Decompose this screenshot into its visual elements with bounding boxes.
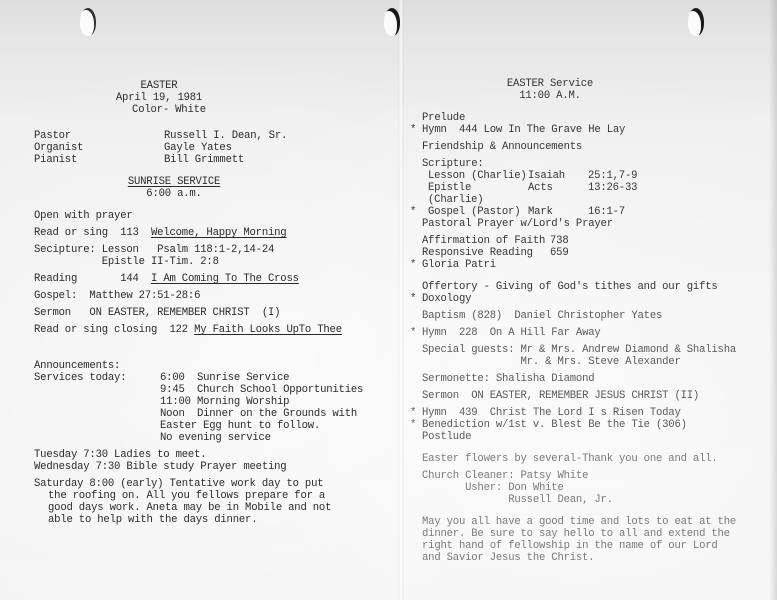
scripture-epistle: II-Tim. 2:8 [151,256,219,268]
stand-marker-icon: * [410,259,416,271]
responsive-label: Responsive Reading [422,247,550,259]
order-benediction: *Benediction w/1st v. Blest Be the Tie (… [422,419,760,431]
note-usher-cont: Russell Dean, Jr. [422,494,760,506]
order-item: Read or sing 113 Welcome, Happy Morning [34,227,374,239]
role-name: Bill Grimmett [164,154,374,166]
order-item: Sermon ON EASTER, REMEMBER CHRIST (I) [34,307,374,319]
hymn-text: Hymn 439 Christ The Lord I s Risen Today [422,407,681,419]
scripture-reader: Gospel (Pastor) [428,206,528,218]
order-sermonette: Sermonette: Shalisha Diamond [422,373,760,385]
liturgical-color: Color- White [34,104,284,116]
role-label: Pastor [34,130,164,142]
scripture-row: Lesson (Charlie) Isaiah 25:1,7-9 [422,170,760,182]
announcement-tuesday: Tuesday 7:30 Ladies to meet. [34,449,374,461]
special-guests-cont: Mr. & Mrs. Steve Alexander [422,356,760,368]
scripture-epistle-label: Epistle [34,256,151,268]
scripture-ref: 13:26-33 [588,182,760,206]
order-sermon: Sermon ON EASTER, REMEMBER JESUS CHRIST … [422,390,760,402]
scripture-ref: 25:1,7-9 [588,170,760,182]
special-guests: Special guests: Mr & Mrs. Andrew Diamond… [422,344,760,356]
service-item: 9:45 Church School Opportunities [160,384,374,396]
service-item: Noon Dinner on the Grounds with [160,408,374,420]
sunrise-time: 6:00 a.m. [34,188,314,200]
order-baptism: Baptism (828) Daniel Christopher Yates [422,310,760,322]
punch-hole [384,8,400,36]
order-hymn: *Hymn 444 Low In The Grave He Lay [422,124,760,136]
left-page: EASTER April 19, 1981 Color- White Pasto… [34,80,374,526]
page-edge-shadow [769,0,777,600]
scripture-book: Acts [528,182,588,206]
scripture-reader: Epistle (Charlie) [428,182,528,206]
announcement-wednesday: Wednesday 7:30 Bible study Prayer meetin… [34,461,374,473]
affirmation-label: Affirmation of Faith [422,235,550,247]
order-doxology: *Doxology [422,293,760,305]
scripture-row: Epistle (Charlie) Acts 13:26-33 [422,182,760,206]
worship-order: Prelude *Hymn 444 Low In The Grave He La… [410,112,760,564]
stand-marker-icon: * [410,419,416,431]
doxology-text: Doxology [422,293,471,305]
order-item: Epistle II-Tim. 2:8 [34,256,374,268]
order-friendship: Friendship & Announcements [422,141,760,153]
order-offertory: Offertory - Giving of God's tithes and o… [422,281,760,293]
punch-hole [80,8,96,36]
service-title: EASTER Service [410,78,690,90]
center-fold [398,0,404,600]
services-list: 6:00 Sunrise Service 9:45 Church School … [160,372,374,444]
note-flowers: Easter flowers by several-Thank you one … [422,453,760,465]
affirmation-number: 738 [550,235,760,247]
closing-title: My Faith Looks UpTo Thee [194,324,342,336]
service-item: No evening service [160,432,374,444]
closing-label: Read or sing closing 122 [34,324,194,336]
gloria-text: Gloria Patri [422,259,496,271]
sunrise-title: SUNRISE SERVICE [34,176,314,188]
role-name: Russell I. Dean, Sr. [164,130,374,142]
stand-marker-icon: * [410,124,416,136]
scripture-reader: Lesson (Charlie) [428,170,528,182]
order-hymn: *Hymn 439 Christ The Lord I s Risen Toda… [422,407,760,419]
scripture-row: * Gospel (Pastor) Mark 16:1-7 [422,206,760,218]
order-hymn: *Hymn 228 On A Hill Far Away [422,327,760,339]
reading-label: Reading 144 [34,273,151,285]
hymn-label: Read or sing 113 [34,227,151,239]
staff-list: Pastor Russell I. Dean, Sr. Organist Gay… [34,130,374,166]
stand-marker-icon: * [410,293,416,305]
stand-marker-icon: * [410,327,416,339]
order-responsive-reading: Responsive Reading 659 [422,247,760,259]
stand-marker-icon: * [410,206,416,218]
hymn-text: Hymn 444 Low In The Grave He Lay [422,124,625,136]
order-item: Open with prayer [34,210,374,222]
sunrise-order: Open with prayer Read or sing 113 Welcom… [34,210,374,336]
benediction-text: Benediction w/1st v. Blest Be the Tie (3… [422,419,687,431]
service-date: April 19, 1981 [34,92,284,104]
scripture-book: Mark [528,206,588,218]
order-pastoral-prayer: Pastoral Prayer w/Lord's Prayer [422,218,760,230]
scripture-ref: 16:1-7 [588,206,760,218]
announcements-heading: Announcements: [34,360,374,372]
service-item: 6:00 Sunrise Service [160,372,374,384]
order-item: Gospel: Matthew 27:51-28:6 [34,290,374,302]
scripture-heading: Scripture: [422,158,760,170]
role-label: Organist [34,142,164,154]
services-label: Services today: [34,372,160,444]
scripture-book: Isaiah [528,170,588,182]
services-today: Services today: 6:00 Sunrise Service 9:4… [34,372,374,444]
role-label: Pianist [34,154,164,166]
hymn-title: Welcome, Happy Morning [151,227,286,239]
order-affirmation: Affirmation of Faith 738 [422,235,760,247]
order-gloria: *Gloria Patri [422,259,760,271]
responsive-number: 659 [550,247,760,259]
punch-hole [688,8,704,36]
scripture-label: Secipture: Lesson [34,244,157,256]
order-item: Read or sing closing 122 My Faith Looks … [34,324,374,336]
order-item: Reading 144 I Am Coming To The Cross [34,273,374,285]
hymn-text: Hymn 228 On A Hill Far Away [422,327,601,339]
note-usher: Usher: Don White [422,482,760,494]
order-prelude: Prelude [422,112,760,124]
closing-message: May you all have a good time and lots to… [422,516,742,564]
service-time: 11:00 A.M. [410,90,690,102]
left-header: EASTER April 19, 1981 Color- White [34,80,374,116]
service-title: EASTER [34,80,284,92]
scripture-lesson: Psalm 118:1-2,14-24 [157,244,274,256]
order-item: Secipture: Lesson Psalm 118:1-2,14-24 [34,244,374,256]
note-cleaner: Church Cleaner: Patsy White [422,470,760,482]
reading-title: I Am Coming To The Cross [151,273,299,285]
role-name: Gayle Yates [164,142,374,154]
right-page: EASTER Service 11:00 A.M. Prelude *Hymn … [410,78,760,564]
sunrise-header: SUNRISE SERVICE 6:00 a.m. [34,176,374,200]
stand-marker-icon: * [410,407,416,419]
right-header: EASTER Service 11:00 A.M. [410,78,760,102]
service-item: Easter Egg hunt to follow. [160,420,374,432]
service-item: 11:00 Morning Worship [160,396,374,408]
announcement-saturday: Saturday 8:00 (early) Tentative work day… [34,478,348,526]
order-postlude: Postlude [422,431,760,443]
announcements: Announcements: Services today: 6:00 Sunr… [34,360,374,526]
